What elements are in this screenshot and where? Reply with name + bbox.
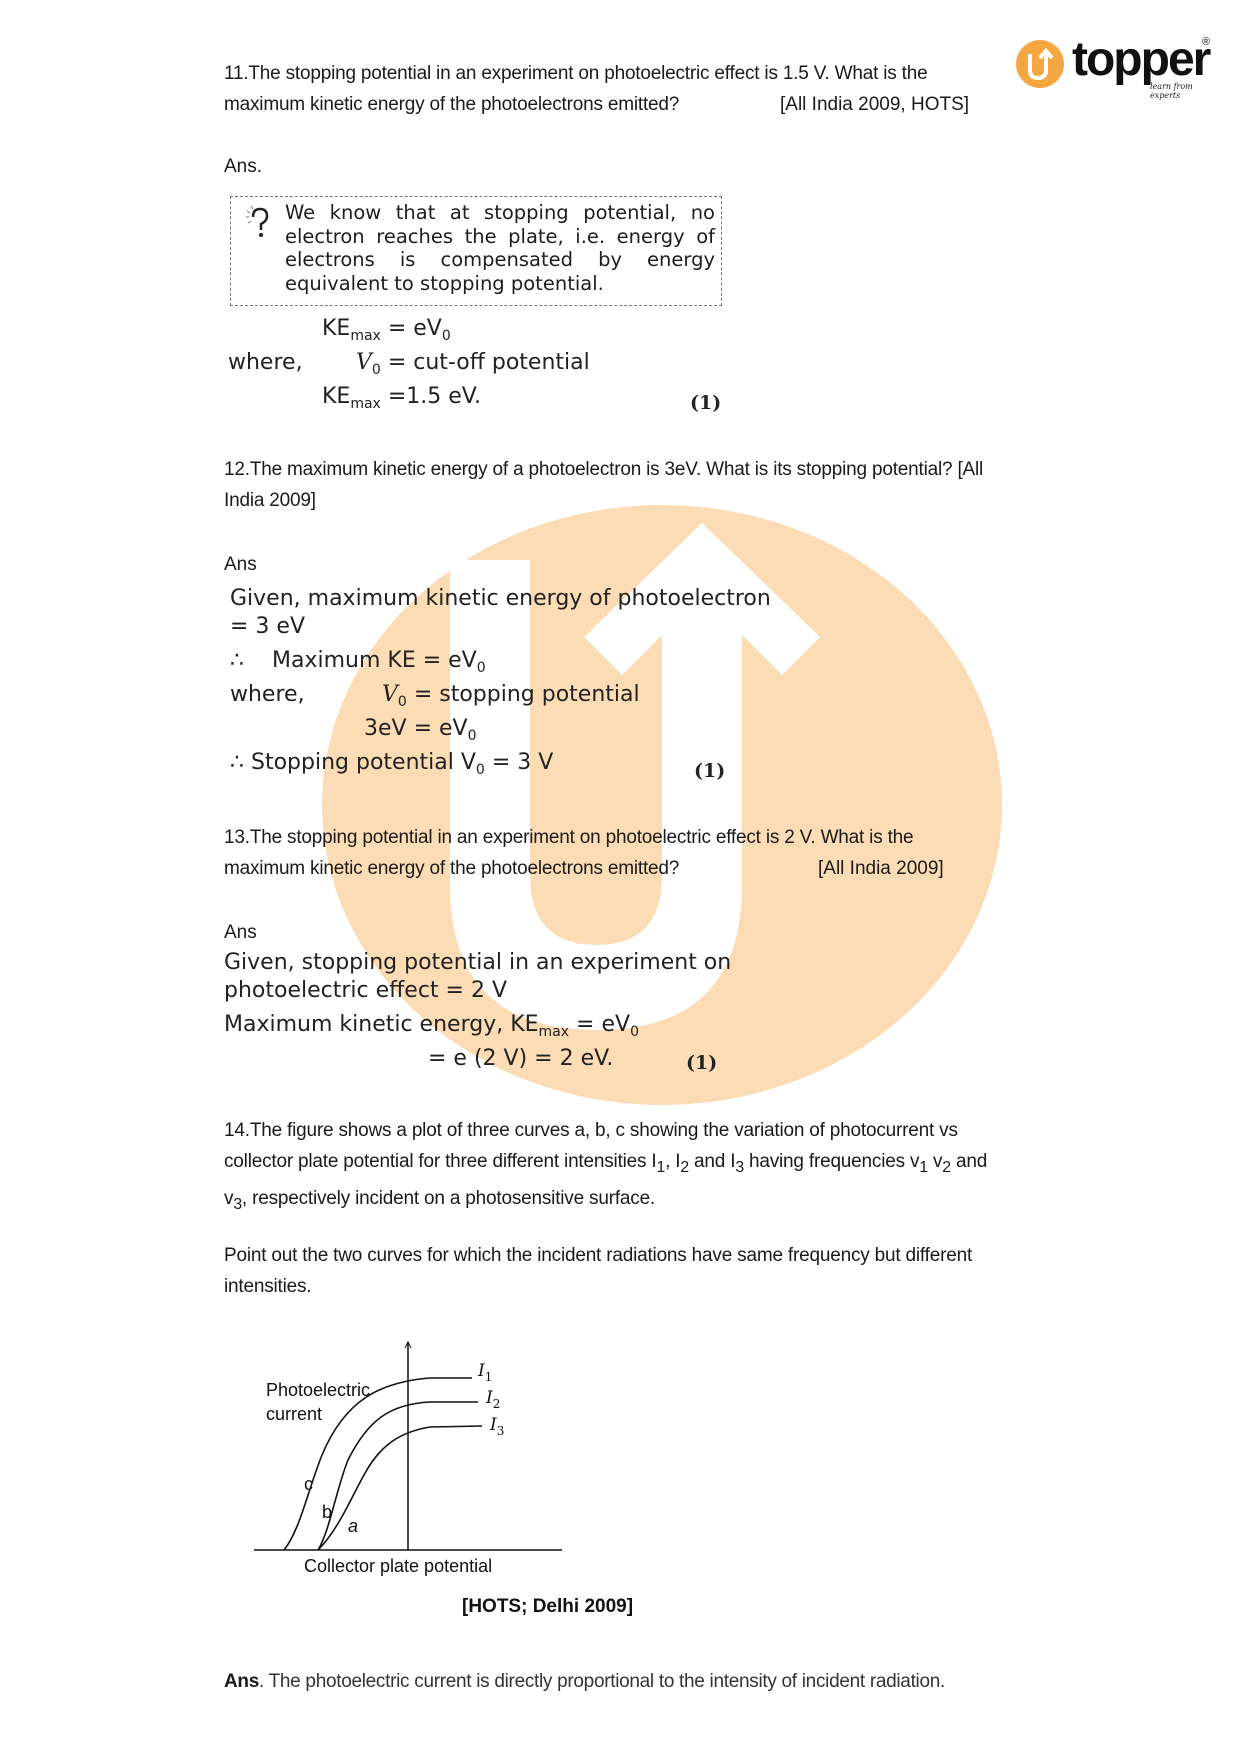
q11-source: [All India 2009, HOTS]	[780, 94, 969, 116]
intensity-label-3: I3	[489, 1415, 504, 1438]
curve-label-c: c	[304, 1474, 313, 1494]
q12-therefore: ∴	[230, 648, 244, 673]
q13-line-1: Given, stopping potential in an experime…	[224, 950, 731, 975]
registered-mark: ®	[1202, 36, 1210, 48]
intensity-label-2: I2	[485, 1388, 500, 1411]
q14-text: 14.The figure shows a plot of three curv…	[224, 1115, 987, 1220]
logo-tagline: learn from experts	[1150, 82, 1220, 100]
q11-eq-3: KEmax =1.5 eV.	[322, 384, 481, 412]
figure-ylabel-1: Photoelectric	[266, 1380, 370, 1400]
q12-line-6: ∴ Stopping potential V0 = 3 V	[230, 750, 553, 778]
q12-text: 12.The maximum kinetic energy of a photo…	[224, 454, 983, 516]
hint-text: We know that at stopping potential, no e…	[285, 201, 715, 295]
figure-ylabel-2: current	[266, 1404, 322, 1424]
q12-line-5: 3eV = eV0	[364, 716, 477, 744]
q13-ans-label: Ans	[224, 922, 257, 944]
q11-mark: (1)	[690, 392, 721, 414]
q12-line-1: Given, maximum kinetic energy of photoel…	[230, 586, 771, 611]
q11-ans-label: Ans.	[224, 156, 262, 178]
curve-label-b: b	[322, 1502, 332, 1522]
q14-prompt: Point out the two curves for which the i…	[224, 1240, 972, 1302]
q13-mark: (1)	[686, 1052, 717, 1074]
q12-line-2: = 3 eV	[230, 614, 305, 639]
curve-label-a: a	[348, 1516, 358, 1536]
q12-line-3: Maximum KE = eV0	[272, 648, 486, 676]
topper-logo: topper ® learn from experts	[1010, 36, 1220, 96]
figure-xlabel: Collector plate potential	[304, 1556, 492, 1576]
q11-where-label: where,	[228, 350, 303, 375]
q13-source: [All India 2009]	[818, 858, 944, 880]
q12-mark: (1)	[694, 760, 725, 782]
q13-line-2: photoelectric effect = 2 V	[224, 978, 507, 1003]
lightbulb-icon	[245, 203, 273, 243]
q11-eq-1: KEmax = eV0	[322, 316, 451, 344]
q13-line-4: = e (2 V) = 2 eV.	[428, 1046, 613, 1071]
hint-box: We know that at stopping potential, no e…	[230, 196, 722, 306]
photocurrent-figure: Photoelectric current Collector plate po…	[250, 1340, 580, 1580]
intensity-label-1: I1	[477, 1361, 492, 1384]
logo-wordmark: topper	[1072, 32, 1209, 87]
q14-answer: Ans. The photoelectric current is direct…	[224, 1671, 945, 1693]
q13-line-3: Maximum kinetic energy, KEmax = eV0	[224, 1012, 639, 1040]
q11-eq-2: V0 = cut-off potential	[356, 350, 590, 378]
q12-line-4: V0 = stopping potential	[382, 682, 640, 710]
q12-ans-label: Ans	[224, 554, 257, 576]
q13-text: 13.The stopping potential in an experime…	[224, 822, 913, 884]
q12-where-label: where,	[230, 682, 305, 707]
logo-u-arrow-icon	[1016, 40, 1064, 88]
q14-source: [HOTS; Delhi 2009]	[462, 1596, 633, 1618]
document-page: topper ® learn from experts 11.The stopp…	[0, 0, 1240, 1755]
